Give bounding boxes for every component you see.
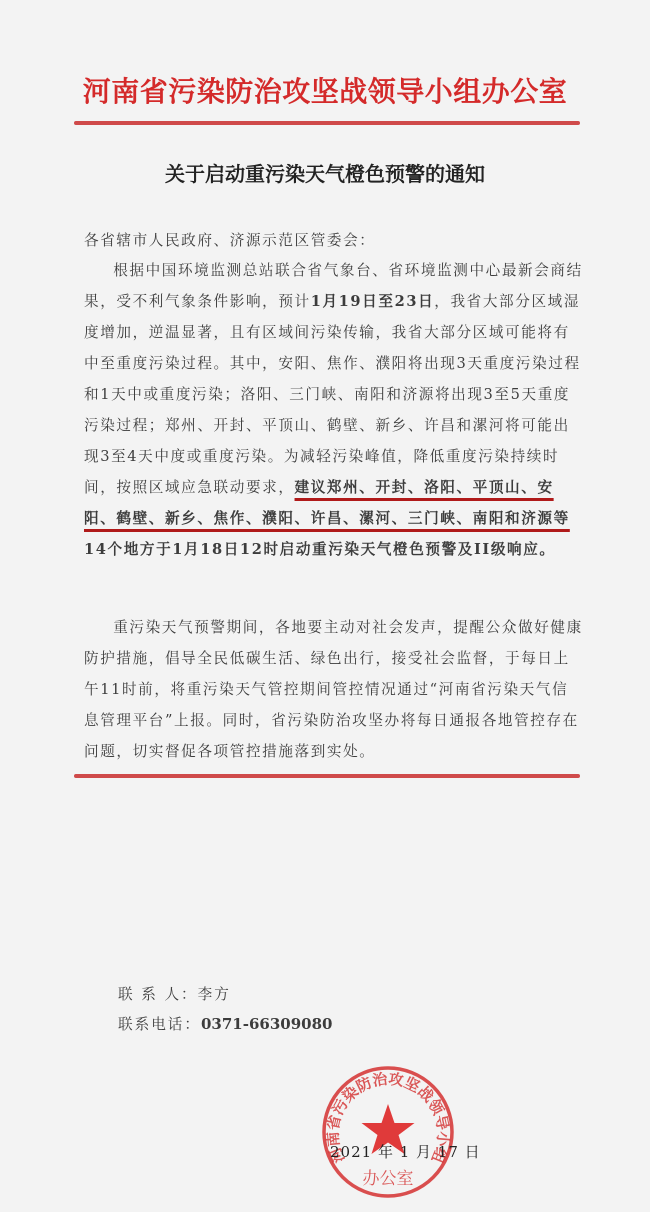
contact-phone-label: 联系电话： <box>118 1016 201 1033</box>
seal-center-text: 办公室 <box>363 1169 414 1189</box>
paragraph-requirements: 重污染天气预警期间，各地要主动对社会发声，提醒公众做好健康防护措施，倡导全民低碳… <box>84 612 584 767</box>
footer-red-rule <box>74 774 580 778</box>
document-title: 关于启动重污染天气橙色预警的通知 <box>0 158 650 187</box>
official-seal: 河南省污染防治攻坚战领导小组 办公室 <box>318 1062 458 1202</box>
paragraph-main: 根据中国环境监测总站联合省气象台、省环境监测中心最新会商结果，受不利气象条件影响… <box>84 255 584 565</box>
header-red-rule <box>74 121 580 125</box>
contact-phone: 联系电话：0371-66309080 <box>118 1013 332 1034</box>
contact-phone-number: 0371-66309080 <box>201 1015 332 1033</box>
contact-person: 联 系 人：李方 <box>118 983 231 1004</box>
issuing-org-title: 河南省污染防治攻坚战领导小组办公室 <box>0 70 650 110</box>
contact-person-name: 李方 <box>198 986 231 1003</box>
paragraph-main-part2: ，我省大部分区域湿度增加，逆温显著，且有区域间污染传输，我省大部分区域可能将有中… <box>84 293 581 496</box>
addressee: 各省辖市人民政府、济源示范区管委会： <box>84 225 584 256</box>
issue-date: 2021 年 1 月 17 日 <box>330 1141 481 1162</box>
contact-person-label: 联 系 人： <box>118 986 198 1003</box>
forecast-date-range: 1月19日至23日 <box>311 293 435 310</box>
paragraph-main-part3: 14个地方于1月18日12时启动重污染天气橙色预警及II级响应。 <box>84 541 556 558</box>
